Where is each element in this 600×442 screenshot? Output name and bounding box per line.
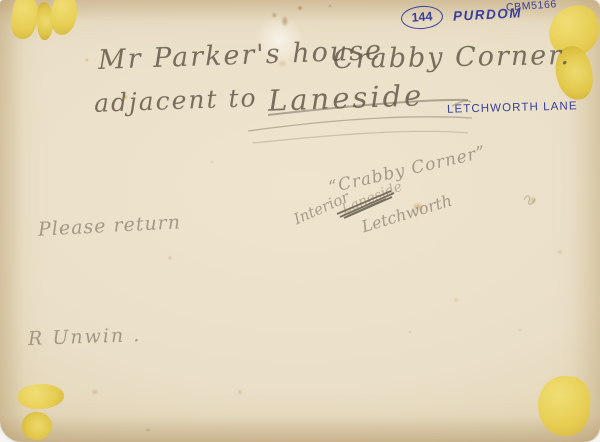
photo-back-scan: 144 Purdom CBM5166 LETCHWORTH LANE Mr Pa… <box>0 0 600 442</box>
caption-line2-left: adjacent to <box>94 83 258 118</box>
caption-line2-right: Laneside <box>267 78 424 117</box>
signature: R Unwin . <box>28 324 142 350</box>
caption-line1-right: Crabby Corner. <box>333 40 571 75</box>
